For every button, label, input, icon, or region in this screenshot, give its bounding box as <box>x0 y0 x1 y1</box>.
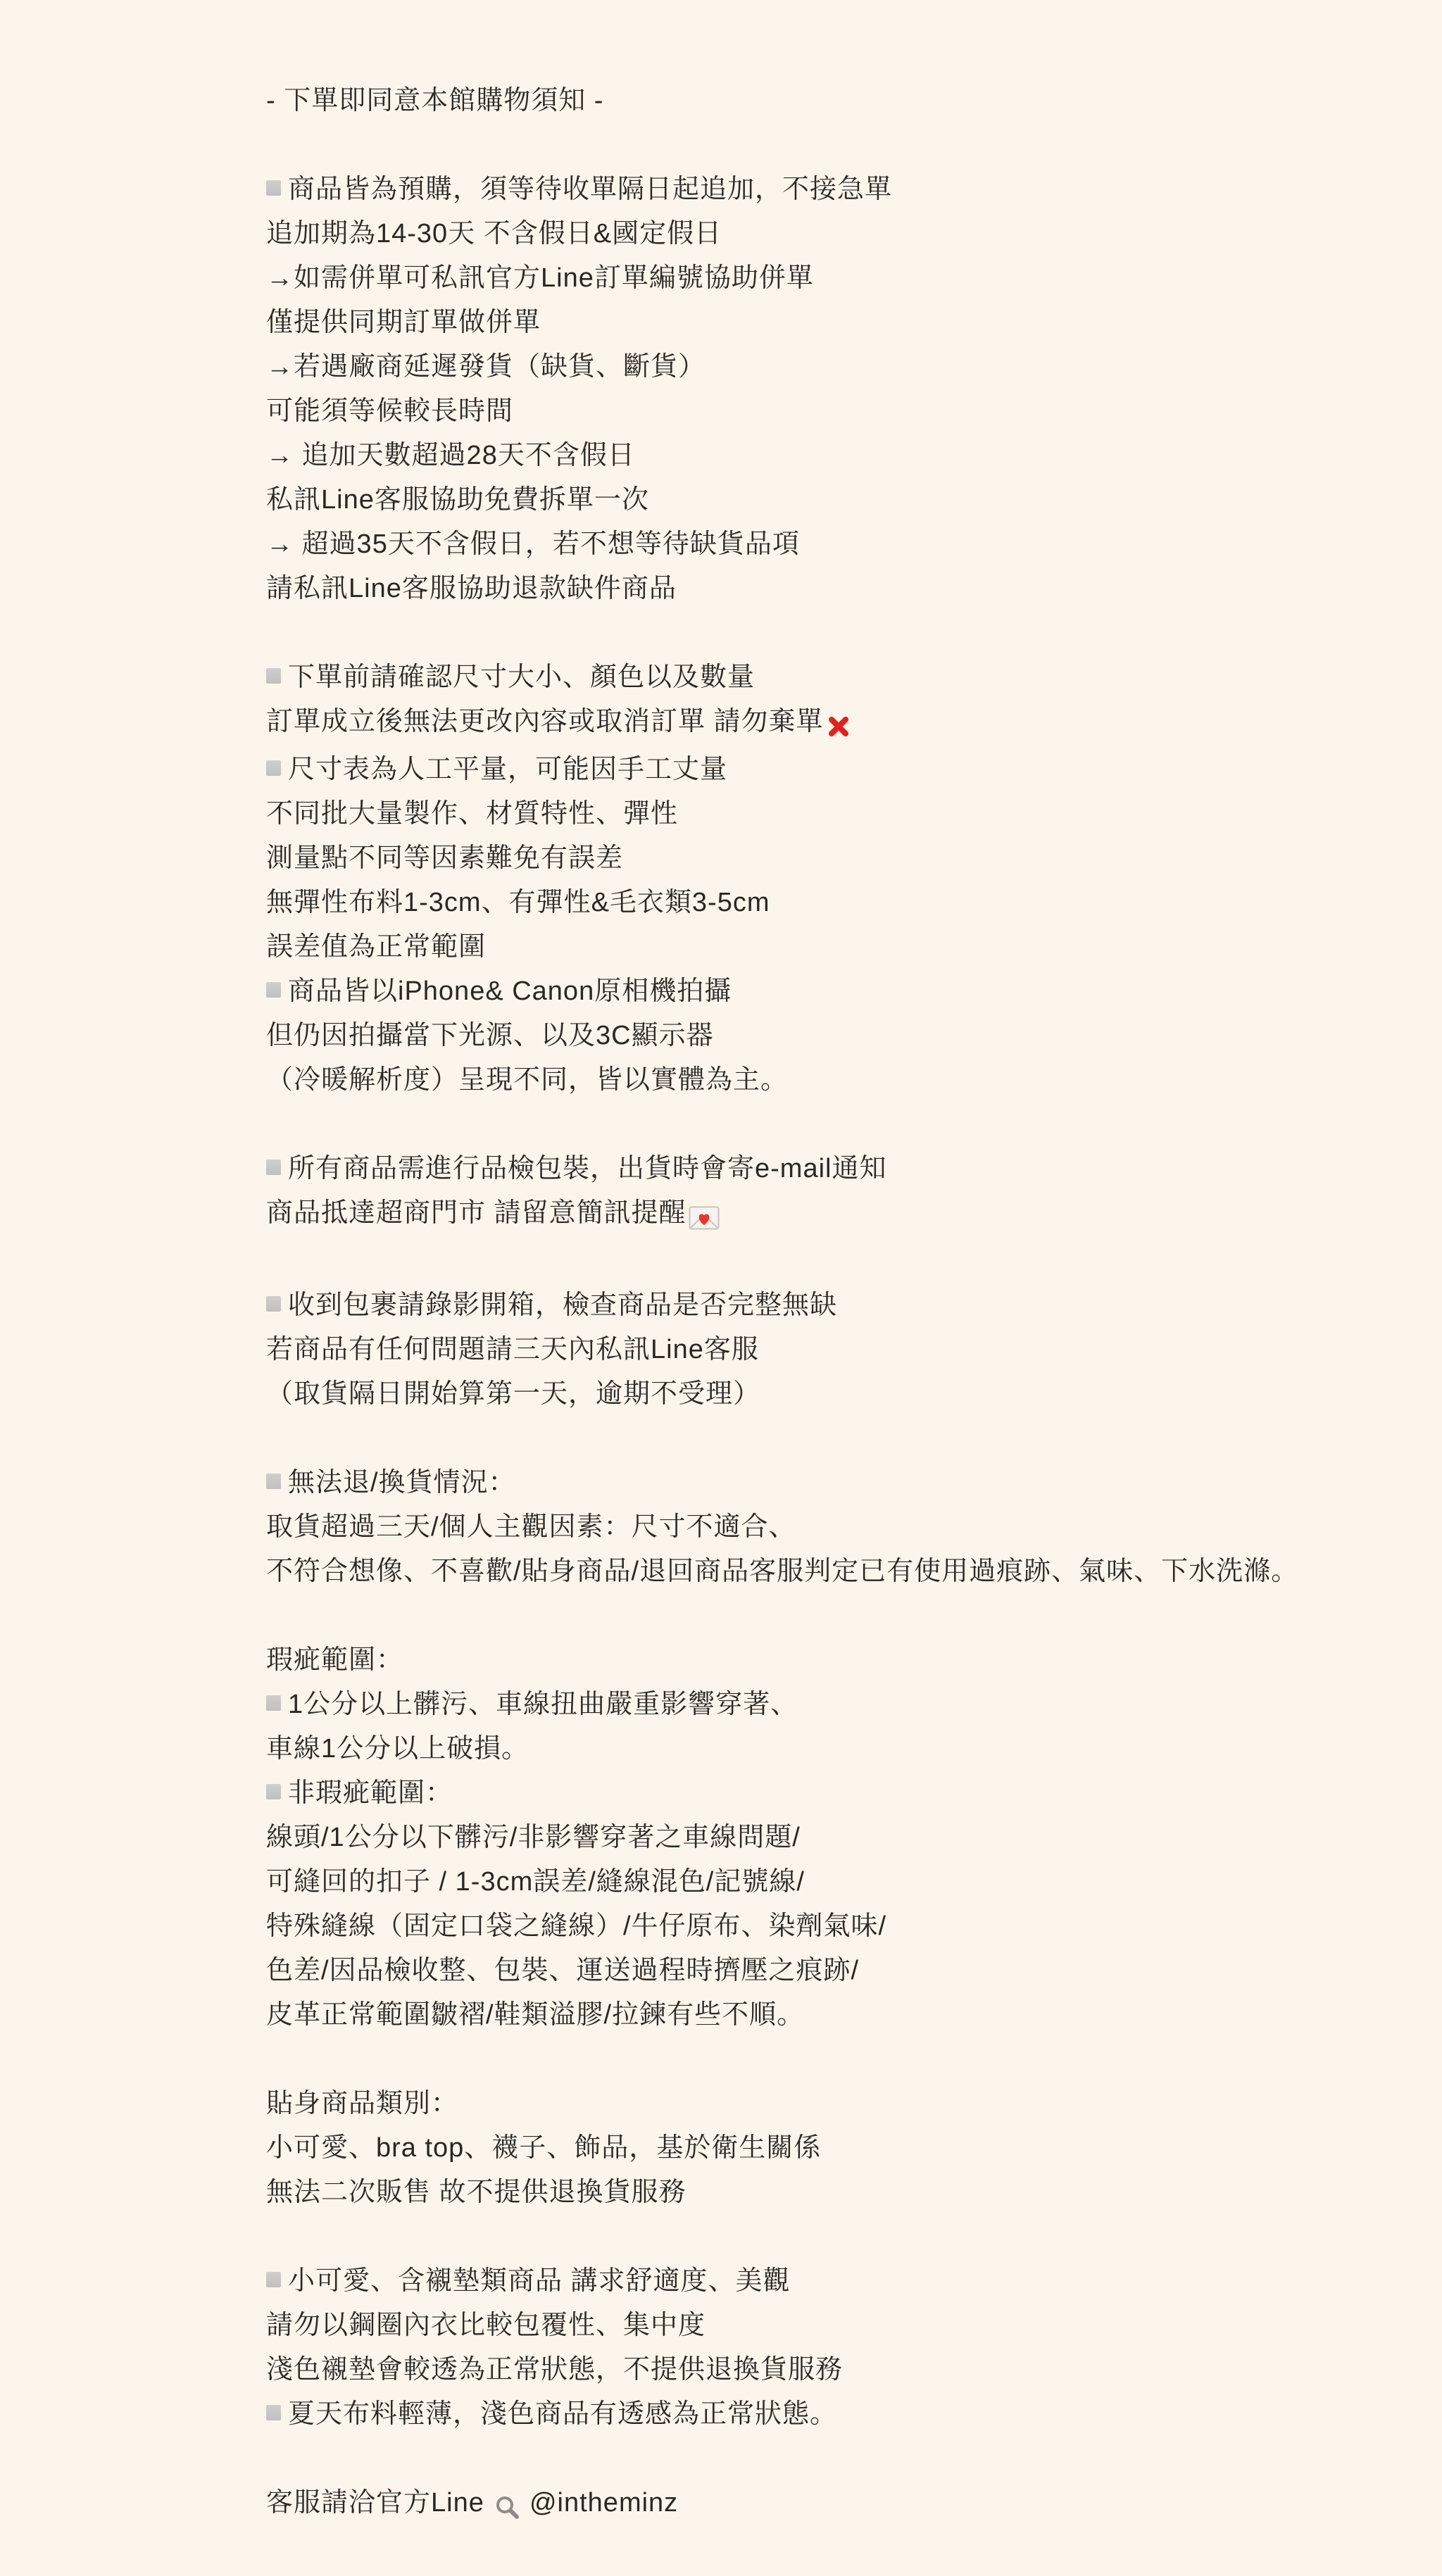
notice-line: → 超過35天不含假日，若不想等待缺貨品項 <box>266 522 1400 567</box>
bullet-square-icon <box>266 180 281 196</box>
notice-paragraph: 商品皆為預購，須等待收單隔日起追加，不接急單追加期為14-30天 不含假日&國定… <box>266 168 1400 611</box>
line-text: 夏天布料輕薄，淺色商品有透感為正常狀態。 <box>288 2399 837 2429</box>
notice-line: 不符合想像、不喜歡/貼身商品/退回商品客服判定已有使用過痕跡、氣味、下水洗滌。 <box>266 1550 1400 1594</box>
line-text: 非瑕疵範圍： <box>288 1778 453 1808</box>
line-text: 所有商品需進行品檢包裝，出貨時會寄e-mail通知 <box>288 1154 886 1183</box>
bullet-square-icon <box>266 1784 281 1799</box>
notice-line: 貼身商品類別： <box>266 2082 1400 2126</box>
line-text: 僅提供同期訂單做併單 <box>266 308 541 337</box>
notice-paragraph: 收到包裹請錄影開箱，檢查商品是否完整無缺若商品有任何問題請三天內私訊Line客服… <box>266 1283 1400 1416</box>
line-text: 無彈性布料1-3cm、有彈性&毛衣類3-5cm <box>266 888 770 917</box>
line-text: 小可愛、含襯墊類商品 講求舒適度、美觀 <box>288 2266 791 2296</box>
notice-line: 瑕疵範圍： <box>266 1638 1400 1683</box>
line-text: 貼身商品類別： <box>266 2089 458 2118</box>
line-text: 不同批大量製作、材質特性、彈性 <box>266 799 678 829</box>
cross-mark-icon <box>826 703 851 748</box>
line-text: 下單前請確認尺寸大小、顏色以及數量 <box>288 662 755 692</box>
line-text: 無法二次販售 故不提供退換貨服務 <box>266 2178 686 2207</box>
bullet-square-icon <box>266 982 281 998</box>
customer-service-line: 客服請洽官方Line @intheminz <box>266 2481 1400 2529</box>
notice-line: →如需併單可私訊官方Line訂單編號協助併單 <box>266 256 1400 301</box>
line-text: 車線1公分以上破損。 <box>266 1734 529 1764</box>
notice-line: 非瑕疵範圍： <box>266 1771 1400 1816</box>
notice-line: 線頭/1公分以下髒污/非影響穿著之車線問題/ <box>266 1816 1400 1860</box>
notice-line: 所有商品需進行品檢包裝，出貨時會寄e-mail通知 <box>266 1147 1400 1191</box>
line-text: →若遇廠商延遲發貨（缺貨、斷貨） <box>266 352 706 382</box>
notice-paragraph: 所有商品需進行品檢包裝，出貨時會寄e-mail通知商品抵達超商門市 請留意簡訊提… <box>266 1147 1400 1239</box>
line-text: 皮革正常範圍皺褶/鞋類溢膠/拉鍊有些不順。 <box>266 2000 804 2030</box>
bullet-square-icon <box>266 2405 281 2420</box>
notice-paragraph: 貼身商品類別：小可愛、bra top、襪子、飾品，基於衛生關係無法二次販售 故不… <box>266 2082 1400 2215</box>
notice-line: 1公分以上髒污、車線扭曲嚴重影響穿著、 <box>266 1683 1400 1727</box>
line-text: 請勿以鋼圈內衣比較包覆性、集中度 <box>266 2311 706 2340</box>
line-account-handle: @intheminz <box>521 2488 678 2518</box>
line-text: 請私訊Line客服協助退款缺件商品 <box>266 574 677 603</box>
notice-line: 皮革正常範圍皺褶/鞋類溢膠/拉鍊有些不順。 <box>266 1993 1400 2037</box>
bullet-square-icon <box>266 760 281 776</box>
line-text: 誤差值為正常範圍 <box>266 932 486 962</box>
bullet-square-icon <box>266 2272 281 2287</box>
notice-line: 測量點不同等因素難免有誤差 <box>266 836 1400 881</box>
notice-line: 收到包裹請錄影開箱，檢查商品是否完整無缺 <box>266 1283 1400 1328</box>
line-text: 收到包裹請錄影開箱，檢查商品是否完整無缺 <box>288 1290 837 1320</box>
notice-line: 可能須等候較長時間 <box>266 389 1400 434</box>
footer-paragraph: 客服請洽官方Line @intheminz <box>266 2481 1400 2529</box>
notice-line: 小可愛、含襯墊類商品 講求舒適度、美觀 <box>266 2259 1400 2304</box>
notice-line: 特殊縫線（固定口袋之縫線）/牛仔原布、染劑氣味/ <box>266 1904 1400 1949</box>
notice-line: → 追加天數超過28天不含假日 <box>266 434 1400 478</box>
line-text: → 超過35天不含假日，若不想等待缺貨品項 <box>266 529 800 559</box>
line-text: 私訊Line客服協助免費拆單一次 <box>266 485 649 515</box>
line-text: 追加期為14-30天 不含假日&國定假日 <box>266 219 722 249</box>
notice-line: 誤差值為正常範圍 <box>266 925 1400 969</box>
bullet-square-icon <box>266 668 281 684</box>
notice-line: 無法退/換貨情況： <box>266 1461 1400 1505</box>
notice-line: 若商品有任何問題請三天內私訊Line客服 <box>266 1328 1400 1372</box>
line-text: 線頭/1公分以下髒污/非影響穿著之車線問題/ <box>266 1823 801 1852</box>
line-text: 不符合想像、不喜歡/貼身商品/退回商品客服判定已有使用過痕跡、氣味、下水洗滌。 <box>266 1557 1298 1586</box>
notice-line: 色差/因品檢收整、包裝、運送過程時擠壓之痕跡/ <box>266 1949 1400 1993</box>
line-text: 商品皆為預購，須等待收單隔日起追加，不接急單 <box>288 175 892 204</box>
line-text: 特殊縫線（固定口袋之縫線）/牛仔原布、染劑氣味/ <box>266 1911 886 1941</box>
notice-line: 商品皆為預購，須等待收單隔日起追加，不接急單 <box>266 168 1400 212</box>
notice-line: 商品抵達超商門市 請留意簡訊提醒 <box>266 1191 1400 1239</box>
notice-line: 淺色襯墊會較透為正常狀態，不提供退換貨服務 <box>266 2348 1400 2392</box>
title-paragraph: - 下單即同意本館購物須知 - <box>266 79 1400 123</box>
notice-line: 可縫回的扣子 / 1-3cm誤差/縫線混色/記號線/ <box>266 1860 1400 1904</box>
line-text: 訂單成立後無法更改內容或取消訂單 請勿棄單 <box>266 707 824 736</box>
notice-line: 請私訊Line客服協助退款缺件商品 <box>266 567 1400 611</box>
line-text: 色差/因品檢收整、包裝、運送過程時擠壓之痕跡/ <box>266 1956 859 1985</box>
magnifier-icon <box>494 2484 521 2529</box>
notice-line: 但仍因拍攝當下光源、以及3C顯示器 <box>266 1014 1400 1058</box>
line-text: 可縫回的扣子 / 1-3cm誤差/縫線混色/記號線/ <box>266 1867 805 1897</box>
notice-body: 商品皆為預購，須等待收單隔日起追加，不接急單追加期為14-30天 不含假日&國定… <box>266 168 1400 2529</box>
line-text: 但仍因拍攝當下光源、以及3C顯示器 <box>266 1021 714 1050</box>
bullet-square-icon <box>266 1474 281 1489</box>
love-letter-icon <box>689 1195 720 1239</box>
notice-line: 小可愛、bra top、襪子、飾品，基於衛生關係 <box>266 2126 1400 2170</box>
line-text: 取貨超過三天/個人主觀因素：尺寸不適合、 <box>266 1512 796 1542</box>
notice-line: 取貨超過三天/個人主觀因素：尺寸不適合、 <box>266 1505 1400 1550</box>
notice-paragraph: 小可愛、含襯墊類商品 講求舒適度、美觀請勿以鋼圈內衣比較包覆性、集中度淺色襯墊會… <box>266 2259 1400 2437</box>
notice-line: 僅提供同期訂單做併單 <box>266 301 1400 345</box>
line-text: （冷暖解析度）呈現不同，皆以實體為主。 <box>266 1065 788 1095</box>
notice-line: 請勿以鋼圈內衣比較包覆性、集中度 <box>266 2304 1400 2348</box>
notice-line: 夏天布料輕薄，淺色商品有透感為正常狀態。 <box>266 2392 1400 2437</box>
notice-line: （冷暖解析度）呈現不同，皆以實體為主。 <box>266 1058 1400 1102</box>
notice-line: 私訊Line客服協助免費拆單一次 <box>266 478 1400 522</box>
line-text: 可能須等候較長時間 <box>266 396 513 426</box>
notice-line: 車線1公分以上破損。 <box>266 1727 1400 1771</box>
line-text: 無法退/換貨情況： <box>288 1468 516 1497</box>
bullet-square-icon <box>266 1695 281 1711</box>
line-text: 小可愛、bra top、襪子、飾品，基於衛生關係 <box>266 2133 821 2163</box>
notice-line: 無法二次販售 故不提供退換貨服務 <box>266 2170 1400 2215</box>
page-title: - 下單即同意本館購物須知 - <box>266 79 1400 123</box>
notice-paragraph: 下單前請確認尺寸大小、顏色以及數量訂單成立後無法更改內容或取消訂單 請勿棄單尺寸… <box>266 655 1400 1102</box>
line-text: 1公分以上髒污、車線扭曲嚴重影響穿著、 <box>288 1690 798 1719</box>
notice-line: 不同批大量製作、材質特性、彈性 <box>266 792 1400 836</box>
notice-paragraph: 無法退/換貨情況：取貨超過三天/個人主觀因素：尺寸不適合、不符合想像、不喜歡/貼… <box>266 1461 1400 1594</box>
notice-line: 無彈性布料1-3cm、有彈性&毛衣類3-5cm <box>266 881 1400 925</box>
line-text: （取貨隔日開始算第一天，逾期不受理） <box>266 1379 760 1409</box>
notice-page: - 下單即同意本館購物須知 - 商品皆為預購，須等待收單隔日起追加，不接急單追加… <box>0 0 1442 2529</box>
line-text: 瑕疵範圍： <box>266 1645 403 1675</box>
line-text: 商品抵達超商門市 請留意簡訊提醒 <box>266 1198 686 1228</box>
line-text: 淺色襯墊會較透為正常狀態，不提供退換貨服務 <box>266 2355 843 2385</box>
line-text: 測量點不同等因素難免有誤差 <box>266 843 623 873</box>
line-text: 若商品有任何問題請三天內私訊Line客服 <box>266 1335 759 1364</box>
line-text: 商品皆以iPhone& Canon原相機拍攝 <box>288 976 732 1006</box>
notice-line: 下單前請確認尺寸大小、顏色以及數量 <box>266 655 1400 700</box>
notice-line: 追加期為14-30天 不含假日&國定假日 <box>266 212 1400 256</box>
notice-line: →若遇廠商延遲發貨（缺貨、斷貨） <box>266 345 1400 389</box>
notice-line: 訂單成立後無法更改內容或取消訂單 請勿棄單 <box>266 700 1400 748</box>
bullet-square-icon <box>266 1160 281 1175</box>
line-text: 客服請洽官方Line <box>266 2488 492 2518</box>
notice-line: 商品皆以iPhone& Canon原相機拍攝 <box>266 969 1400 1014</box>
line-text: → 追加天數超過28天不含假日 <box>266 441 635 470</box>
notice-line: 尺寸表為人工平量，可能因手工丈量 <box>266 748 1400 792</box>
line-text: 尺寸表為人工平量，可能因手工丈量 <box>288 755 727 784</box>
line-text: →如需併單可私訊官方Line訂單編號協助併單 <box>266 263 814 293</box>
notice-paragraph: 瑕疵範圍：1公分以上髒污、車線扭曲嚴重影響穿著、車線1公分以上破損。非瑕疵範圍：… <box>266 1638 1400 2037</box>
bullet-square-icon <box>266 1296 281 1312</box>
notice-line: （取貨隔日開始算第一天，逾期不受理） <box>266 1372 1400 1416</box>
